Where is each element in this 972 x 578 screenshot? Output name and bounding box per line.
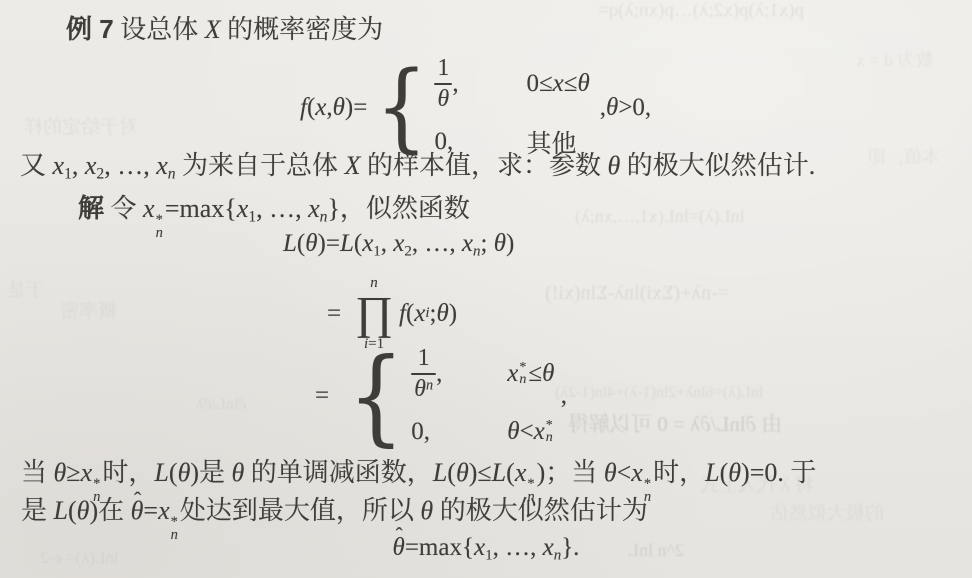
cases-brace: { xyxy=(348,347,404,446)
bleedthrough-text: 本值，即 xyxy=(868,143,940,169)
formula-likelihood-cases: = { 1θn, x*n≤θ 0, θ<x*n , xyxy=(315,346,567,446)
density-case1-value: 1θ, xyxy=(434,56,496,112)
bleedthrough-text: =-nλ+(Σxi)lnλ-Σln(xi!) xyxy=(545,282,729,305)
equals-sign: = xyxy=(327,300,341,328)
bleedthrough-text: 由 ∂lnL/∂λ = 0 可以解得 xyxy=(568,408,782,438)
bleedthrough-text: ∂lnL/∂λ xyxy=(196,396,246,414)
product-operand: f(xi; θ) xyxy=(399,300,457,328)
equals-sign: = xyxy=(315,382,329,410)
likelihood-case1-value: 1θn, xyxy=(411,346,473,402)
likelihood-case1-condition: x*n≤θ xyxy=(507,360,555,388)
density-case1-condition: 0≤x≤θ xyxy=(526,70,589,98)
likelihood-case2-condition: θ<x*n xyxy=(507,418,555,446)
formula-density-lhs: f(x, θ)= xyxy=(300,94,367,122)
paragraph-sample-statement: 又 x1, x2, …, xn 为来自于总体 X 的样本值，求：参数 θ 的极大… xyxy=(20,149,815,192)
bleedthrough-text: 概率密 xyxy=(60,296,117,323)
likelihood-cases: 1θn, x*n≤θ 0, θ<x*n xyxy=(411,346,555,446)
bleedthrough-text: 数为 d = x xyxy=(856,46,934,72)
bleedthrough-text: lnL(λ)=lnL(x1,…,xn;λ) xyxy=(575,206,745,227)
paragraph-example-heading: 例 7 设总体 X 的概率密度为 xyxy=(66,12,383,47)
cases-trailing-comma: , xyxy=(561,382,567,410)
formula-final-estimator: ˆθ=max{x1, …, xn}. xyxy=(0,534,972,565)
bleedthrough-text: p(x1;λ)p(x2;λ)…p(xn;λ)q= xyxy=(598,0,804,22)
formula-density-parameter-condition: , θ>0, xyxy=(600,94,651,122)
cases-brace: { xyxy=(376,62,428,153)
likelihood-case2-value: 0, xyxy=(411,418,473,446)
density-cases: 1θ, 0≤x≤θ 0, 其他 xyxy=(434,56,589,160)
bleedthrough-text: 于是 xyxy=(8,276,44,302)
product-symbol-icon: ∏ xyxy=(355,291,393,335)
bleedthrough-text: lnL(λ)=6lnλ+2ln(1-λ)+4ln(1-2λ) xyxy=(555,384,763,402)
formula-likelihood-def: L(θ)=L(x1, x2, …, xn; θ) xyxy=(283,230,514,261)
bleedthrough-text: 对于给定的样 xyxy=(24,112,138,139)
textbook-page: p(x1;λ)p(x2;λ)…p(xn;λ)q=数为 d = x对于给定的样本值… xyxy=(0,0,972,578)
formula-density: f(x, θ)= { 1θ, 0≤x≤θ 0, 其他 , θ>0, xyxy=(300,56,651,160)
